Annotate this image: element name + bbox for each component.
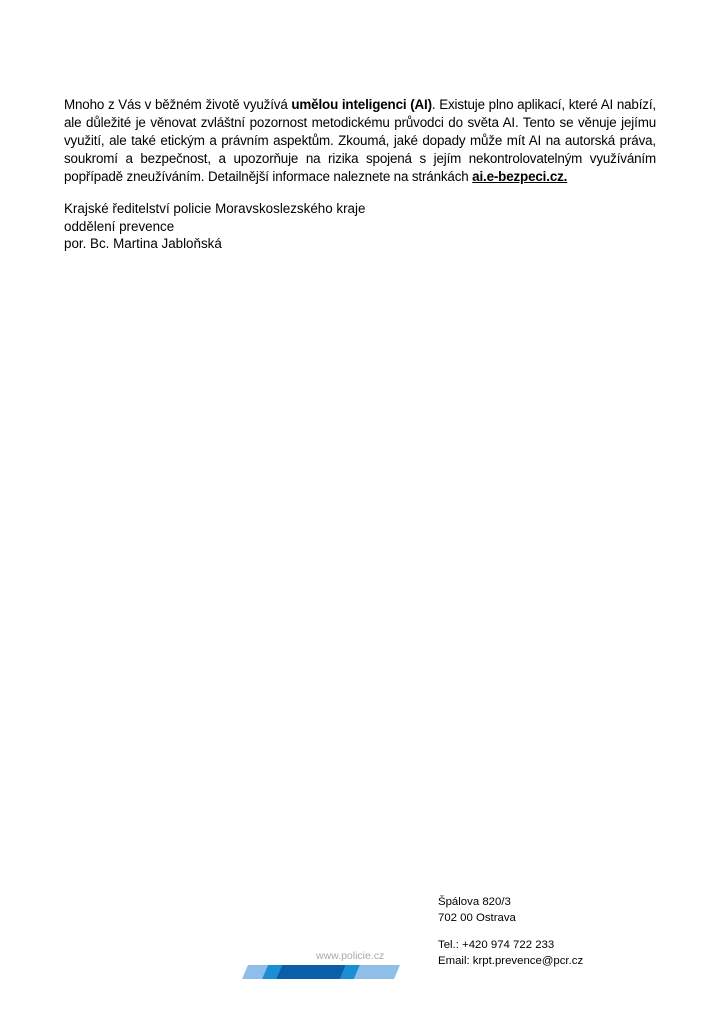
signature-name: por. Bc. Martina Jabloňská <box>64 235 365 253</box>
footer-address-city: 702 00 Ostrava <box>438 911 583 927</box>
signature-organization: Krajské ředitelství policie Moravskoslez… <box>64 200 365 218</box>
signature-block: Krajské ředitelství policie Moravskoslez… <box>64 200 365 253</box>
document-page: Mnoho z Vás v běžném životě využívá uměl… <box>0 0 724 1024</box>
footer-website: www.policie.cz <box>316 950 384 962</box>
ai-e-bezpeci-link[interactable]: ai.e-bezpeci.cz. <box>472 169 567 184</box>
footer-email: Email: krpt.prevence@pcr.cz <box>438 954 583 970</box>
signature-department: oddělení prevence <box>64 218 365 236</box>
body-paragraph: Mnoho z Vás v běžném životě využívá uměl… <box>64 96 656 186</box>
footer-contact: Špálova 820/3 702 00 Ostrava Tel.: +420 … <box>438 895 583 969</box>
police-stripe-logo <box>242 965 400 979</box>
body-text-highlight: umělou inteligenci (AI) <box>291 97 432 112</box>
body-text-intro: Mnoho z Vás v běžném životě využívá <box>64 97 291 112</box>
footer-address-street: Špálova 820/3 <box>438 895 583 911</box>
footer-phone: Tel.: +420 974 722 233 <box>438 938 583 954</box>
footer-spacer <box>438 926 583 938</box>
